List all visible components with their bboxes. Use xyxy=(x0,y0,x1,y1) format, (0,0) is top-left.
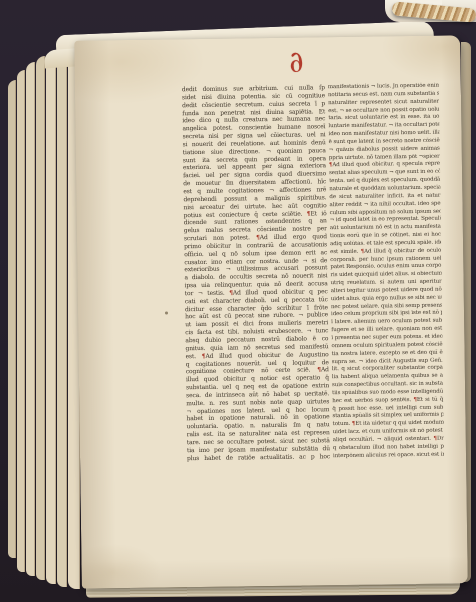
leaf-edge xyxy=(57,45,67,587)
book-page: ∂ dedit dominus sue arbitrium. cui nulla… xyxy=(74,35,468,588)
leaf-edge xyxy=(26,62,35,576)
leaf-edge xyxy=(17,70,25,572)
leaf-edge xyxy=(46,50,56,584)
text-line: plus habet de ratiōe actualitatis. ac p … xyxy=(187,453,330,463)
ink-speck xyxy=(165,311,168,314)
book-photo: ∂ dedit dominus sue arbitrium. cui nulla… xyxy=(0,0,476,602)
right-text-column: manifestationis ¬ lucis. Jn operatiōe en… xyxy=(328,83,444,461)
folio-mark: ∂ xyxy=(285,46,306,78)
leaf-edge xyxy=(8,80,16,558)
left-text-column: dedit dominus sue arbitrium. cui nulla ſ… xyxy=(182,84,330,462)
text-line: interpōnem alicuius rei opace. sicut est… xyxy=(333,451,444,460)
leaf-edge xyxy=(36,56,45,580)
